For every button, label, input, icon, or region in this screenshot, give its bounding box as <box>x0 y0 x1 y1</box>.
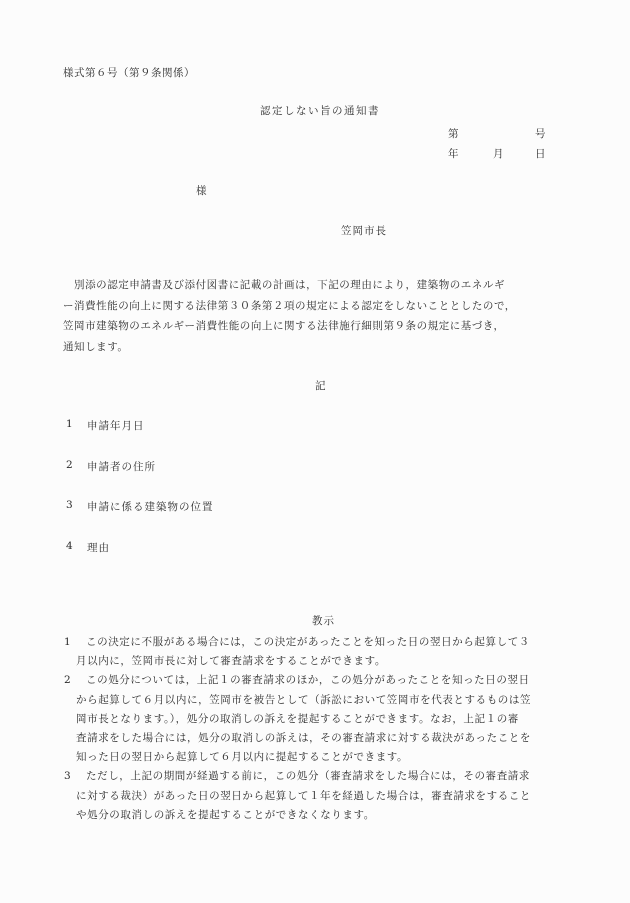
date-day: 日 <box>535 146 546 161</box>
kyoji-heading: 教示 <box>312 613 335 628</box>
form-id: 様式第６号（第９条関係） <box>63 65 195 80</box>
item-label: 理由 <box>87 540 110 555</box>
document-title: 認定しない旨の通知書 <box>260 103 380 118</box>
body-line: 別添の認定申請書及び添付図書に記載の計画は，下記の理由により，建築物のエネルギ <box>63 275 583 296</box>
body-line: 笠岡市建築物のエネルギー消費性能の向上に関する法律施行細則第９条の規定に基づき， <box>63 316 583 337</box>
body-line: ー消費性能の向上に関する法律第３０条第２項の規定による認定をしないこととしたので… <box>63 296 583 317</box>
ki-heading: 記 <box>315 378 326 393</box>
note-number: 3 <box>64 767 86 786</box>
note-text: ただし，上記の期間が経過する前に，この処分（審査請求をした場合には，その審査請求 <box>86 770 530 782</box>
note-line: から起算して６月以内に，笠岡市を被告として（訴訟において笠岡市を代表とするものは… <box>64 691 594 710</box>
item-number: 4 <box>66 540 73 552</box>
note-line: 岡市長となります。），処分の取消しの訴えを提起することができます。なお，上記１の… <box>64 710 594 729</box>
note-line: や処分の取消しの訴えを提起することができなくなります。 <box>64 806 594 825</box>
item-label: 申請年月日 <box>87 418 145 433</box>
item-number: 2 <box>66 459 73 471</box>
note-number: 2 <box>64 671 86 690</box>
note-line: 3ただし，上記の期間が経過する前に，この処分（審査請求をした場合には，その審査請… <box>64 767 594 786</box>
note-line: 2この処分については，上記１の審査請求のほか，この処分があったことを知った日の翌… <box>64 671 594 690</box>
item-label: 申請者の住所 <box>87 459 156 474</box>
note-text: この処分については，上記１の審査請求のほか，この処分があったことを知った日の翌日 <box>86 674 530 686</box>
note-line: 1この決定に不服がある場合には，この決定があったことを知った日の翌日から起算して… <box>64 633 594 652</box>
number-prefix: 第 <box>448 126 459 141</box>
number-suffix: 号 <box>535 126 546 141</box>
sender: 笠岡市長 <box>341 223 387 238</box>
note-text: この決定に不服がある場合には，この決定があったことを知った日の翌日から起算して３ <box>86 636 530 648</box>
note-number: 1 <box>64 633 86 652</box>
note-line: 査請求をした場合には，処分の取消しの訴えは，その審査請求に対する裁決があったこと… <box>64 729 594 748</box>
body-paragraph: 別添の認定申請書及び添付図書に記載の計画は，下記の理由により，建築物のエネルギ … <box>63 275 583 357</box>
date-year: 年 <box>448 146 459 161</box>
note-line: に対する裁決）があった日の翌日から起算して１年を経過した場合は，審査請求をするこ… <box>64 787 594 806</box>
item-label: 申請に係る建築物の位置 <box>87 499 214 514</box>
body-line: 通知します。 <box>63 337 583 358</box>
addressee: 様 <box>196 183 207 198</box>
item-number: 3 <box>66 499 73 511</box>
note-line: 知った日の翌日から起算して６月以内に提起することができます。 <box>64 748 594 767</box>
item-number: 1 <box>66 418 73 430</box>
kyoji-notes: 1この決定に不服がある場合には，この決定があったことを知った日の翌日から起算して… <box>64 633 594 825</box>
date-month: 月 <box>493 146 504 161</box>
note-line: 月以内に，笠岡市長に対して審査請求をすることができます。 <box>64 652 594 671</box>
